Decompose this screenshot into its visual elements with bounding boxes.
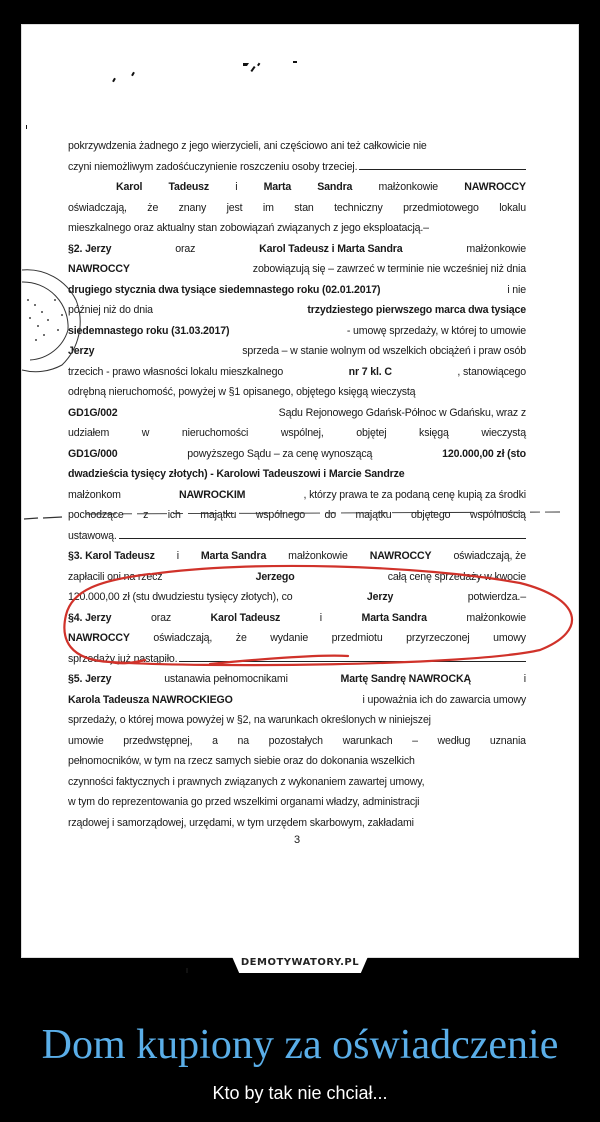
stamp-dots (27, 299, 63, 341)
annotations-overlay (0, 0, 600, 1122)
stamp-mark (22, 270, 80, 372)
caption-title: Dom kupiony za oświadczenie (0, 1020, 600, 1070)
scan-specks (26, 61, 297, 973)
caption-subtitle: Kto by tak nie chciał... (0, 1083, 600, 1104)
watermark-badge: DEMOTYWATORY.PL (231, 954, 369, 973)
margin-dash-mark (24, 512, 560, 519)
red-highlight-circle (64, 566, 572, 665)
